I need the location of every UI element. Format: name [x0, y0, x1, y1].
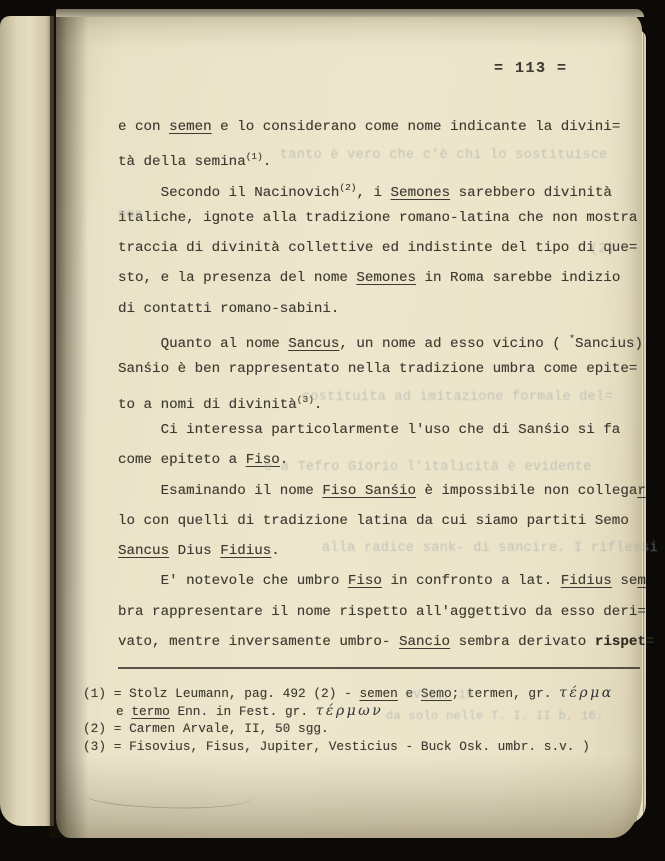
- text-segment: traccia di divinità collettive ed indist…: [118, 240, 637, 256]
- text-segment: Fiso: [348, 573, 382, 589]
- text-segment: sto, e la presenza del nome: [118, 270, 356, 286]
- text-segment: termo: [131, 704, 169, 719]
- text-segment: vato, mentre inversamente umbro-: [118, 634, 399, 650]
- book-photo-scene: = 113 = e con semen e lo considerano com…: [0, 0, 665, 861]
- typed-line: di contatti romano-sabini.: [118, 294, 646, 324]
- text-segment: tà della semina: [118, 154, 246, 170]
- text-segment: Semones: [391, 185, 451, 201]
- text-segment: , i: [356, 185, 390, 201]
- bleed-through-text: (2): [590, 242, 615, 257]
- text-segment: Sanśio è ben rappresentato nella tradizi…: [118, 361, 637, 377]
- text-segment: (1) = Stolz Leumann, pag. 492 (2) -: [83, 686, 359, 701]
- text-segment: e: [116, 704, 131, 719]
- typed-line: lo con quelli di tradizione latina da cu…: [118, 506, 646, 536]
- footnote-separator: [118, 667, 640, 669]
- text-segment: se: [612, 573, 638, 589]
- typed-line: Quanto al nome Sancus, un nome ad esso v…: [118, 324, 646, 354]
- text-segment: Semones: [356, 270, 416, 286]
- text-segment: di contatti romano-sabini.: [118, 301, 339, 317]
- text-segment: in confronto a lat.: [382, 573, 561, 589]
- text-segment: Secondo il Nacinovich: [118, 185, 339, 201]
- text-segment: rispet=: [595, 634, 655, 650]
- text-segment: (2) = Carmen Arvale, II, 50 sgg.: [83, 721, 329, 736]
- handwritten-greek: τέρμων: [316, 703, 384, 719]
- bleed-through-text: costituita ad imitazione formale del=: [302, 390, 613, 405]
- text-segment: Quanto al nome: [118, 336, 288, 352]
- text-segment: semen: [359, 686, 397, 701]
- typed-text-block: e con semen e lo considerano come nome i…: [118, 112, 646, 657]
- text-segment: Sancius): [575, 336, 643, 352]
- typed-line: Secondo il Nacinovich(2), i Semones sare…: [118, 173, 646, 203]
- typed-line: E' notevole che umbro Fiso in confronto …: [118, 566, 646, 596]
- typed-line: e con semen e lo considerano come nome i…: [118, 112, 646, 142]
- text-segment: (2): [339, 182, 356, 193]
- text-segment: .: [271, 543, 280, 559]
- bleed-through-text: da solo nelle T. I. II b, 16.: [386, 709, 604, 723]
- bleed-through-text: XVIII, 19: [406, 688, 474, 702]
- text-segment: Sancus: [118, 543, 169, 559]
- text-segment: Sancio: [399, 634, 450, 650]
- bleed-through-text: tanto è vero che c'è chi lo sostituisce: [280, 148, 608, 163]
- text-segment: r: [637, 483, 646, 499]
- text-segment: Enn. in Fest. gr.: [170, 704, 316, 719]
- typed-line: bra rappresentare il nome rispetto all'a…: [118, 597, 646, 627]
- typed-line: traccia di divinità collettive ed indist…: [118, 233, 646, 263]
- text-segment: , un nome ad esso vicino (: [339, 336, 569, 352]
- text-segment: Fiso Sanśio: [322, 483, 416, 499]
- handwritten-greek: τέρμα: [559, 685, 614, 701]
- text-segment: bra rappresentare il nome rispetto all'a…: [118, 604, 646, 620]
- book-page: = 113 = e con semen e lo considerano com…: [56, 12, 642, 838]
- text-segment: sarebbero divinità: [450, 185, 612, 201]
- text-segment: Ci interessa particolarmente l'uso che d…: [118, 422, 620, 438]
- text-segment: come epiteto a: [118, 452, 246, 468]
- typed-line: Sanśio è ben rappresentato nella tradizi…: [118, 354, 646, 384]
- text-segment: Fidius: [561, 573, 612, 589]
- typed-line: Ci interessa particolarmente l'uso che d…: [118, 415, 646, 445]
- text-segment: in Roma sarebbe indizio: [416, 270, 620, 286]
- page-top-edge: [56, 9, 644, 17]
- footnote-line: (1) = Stolz Leumann, pag. 492 (2) - seme…: [83, 685, 643, 703]
- left-page-edge: [0, 16, 54, 826]
- text-segment: semen: [169, 119, 212, 135]
- text-segment: italiche, ignote alla tradizione romano-…: [118, 210, 637, 226]
- bleed-through-text: non: [118, 208, 143, 223]
- typed-line: vato, mentre inversamente umbro- Sancio …: [118, 627, 646, 657]
- text-segment: m: [637, 573, 646, 589]
- text-segment: (3) = Fisovius, Fisus, Jupiter, Vesticiu…: [83, 739, 590, 754]
- text-segment: è impossibile non collega: [416, 483, 637, 499]
- page-number: = 113 =: [494, 60, 568, 77]
- text-segment: e con: [118, 119, 169, 135]
- text-segment: Sancus: [288, 336, 339, 352]
- text-segment: Esaminando il nome: [118, 483, 322, 499]
- photo-background: [0, 839, 665, 861]
- bleed-through-text: e a Tefro Giorio l'italicità è evidente: [264, 460, 592, 475]
- text-segment: sembra derivato: [450, 634, 595, 650]
- text-segment: (1): [246, 151, 263, 162]
- text-segment: .: [263, 154, 272, 170]
- text-segment: E' notevole che umbro: [118, 573, 348, 589]
- footnote-line: (3) = Fisovius, Fisus, Jupiter, Vesticiu…: [83, 738, 643, 756]
- typed-line: Esaminando il nome Fiso Sanśio è impossi…: [118, 476, 646, 506]
- typed-line: sto, e la presenza del nome Semones in R…: [118, 263, 646, 293]
- text-segment: to a nomi di divinità: [118, 397, 297, 413]
- text-segment: lo con quelli di tradizione latina da cu…: [118, 513, 629, 529]
- pencil-stroke: [83, 776, 254, 815]
- text-segment: Dius: [169, 543, 220, 559]
- text-segment: Fidius: [220, 543, 271, 559]
- bleed-through-text: alla radice sank- di sancire. I riflessi: [322, 541, 658, 556]
- typed-line: italiche, ignote alla tradizione romano-…: [118, 203, 646, 233]
- text-segment: e lo considerano come nome indicante la …: [212, 119, 621, 135]
